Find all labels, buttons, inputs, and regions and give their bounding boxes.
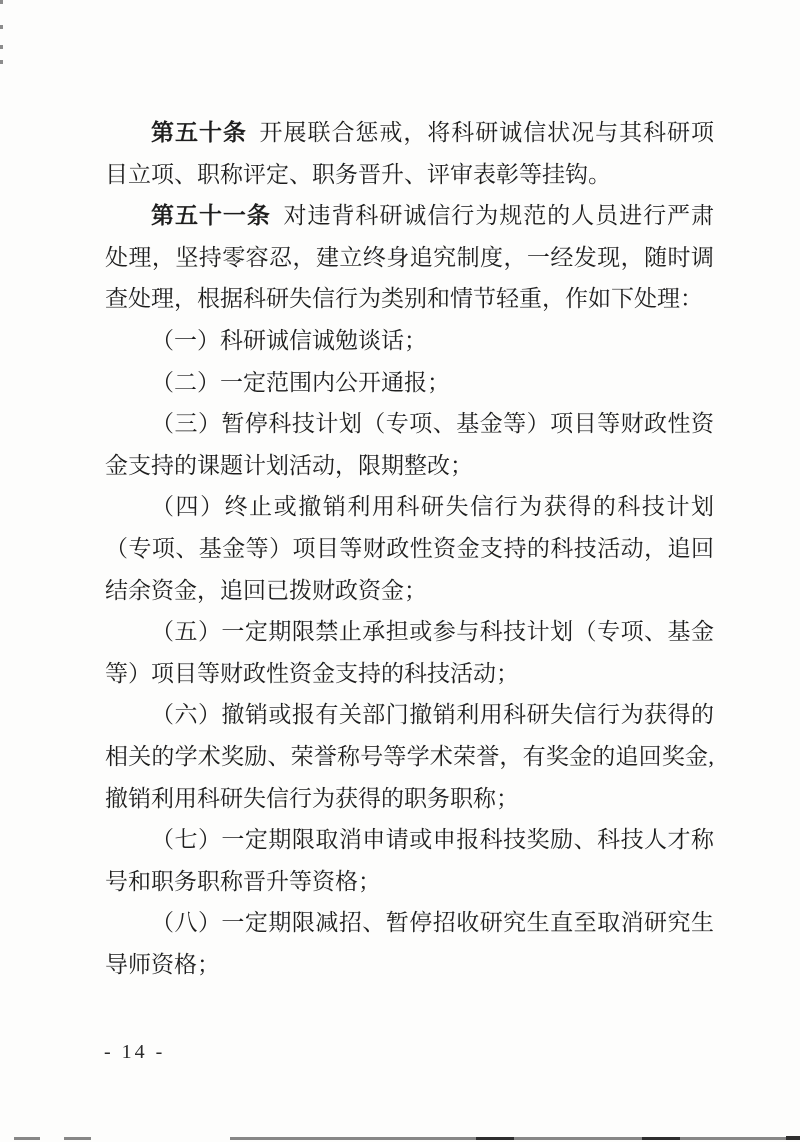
paragraph-text: （七）一定期限取消申请或申报科技奖励、科技人才称号和职务职称晋升等资格； bbox=[105, 827, 714, 894]
paragraph-article-51: 第五十一条对违背科研诚信行为规范的人员进行严肃处理，坚持零容忍，建立终身追究制度… bbox=[105, 195, 714, 320]
list-item-5: （五）一定期限禁止承担或参与科技计划（专项、基金等）项目等财政性资金支持的科技活… bbox=[105, 611, 714, 694]
scan-artifact-tick bbox=[0, 25, 3, 29]
list-item-1: （一）科研诚信诚勉谈话； bbox=[105, 320, 714, 362]
scan-artifact-line bbox=[230, 1137, 800, 1140]
paragraph-article-50: 第五十条开展联合惩戒，将科研诚信状况与其科研项目立项、职称评定、职务晋升、评审表… bbox=[105, 112, 714, 195]
list-item-3: （三）暂停科技计划（专项、基金等）项目等财政性资金支持的课题计划活动，限期整改； bbox=[105, 403, 714, 486]
article-number: 第五十一条 bbox=[151, 203, 271, 228]
scan-artifact-tick bbox=[0, 60, 3, 64]
document-body: 第五十条开展联合惩戒，将科研诚信状况与其科研项目立项、职称评定、职务晋升、评审表… bbox=[105, 112, 714, 985]
paragraph-text: （四）终止或撤销利用科研失信行为获得的科技计划（专项、基金等）项目等财政性资金支… bbox=[105, 494, 714, 602]
paragraph-text: （八）一定期限减招、暂停招收研究生直至取消研究生导师资格； bbox=[105, 910, 714, 977]
list-item-8: （八）一定期限减招、暂停招收研究生直至取消研究生导师资格； bbox=[105, 902, 714, 985]
list-item-6: （六）撤销或报有关部门撤销利用科研失信行为获得的相关的学术奖励、荣誉称号等学术荣… bbox=[105, 694, 714, 819]
paragraph-text: （二）一定范围内公开通报； bbox=[151, 370, 450, 395]
scan-artifact-line bbox=[476, 1137, 514, 1140]
scan-artifact-line bbox=[642, 1137, 680, 1140]
scan-artifact-tick bbox=[0, 45, 3, 49]
paragraph-text: （六）撤销或报有关部门撤销利用科研失信行为获得的相关的学术奖励、荣誉称号等学术荣… bbox=[105, 702, 714, 810]
article-number: 第五十条 bbox=[151, 120, 247, 145]
list-item-4: （四）终止或撤销利用科研失信行为获得的科技计划（专项、基金等）项目等财政性资金支… bbox=[105, 486, 714, 611]
paragraph-text: （五）一定期限禁止承担或参与科技计划（专项、基金等）项目等财政性资金支持的科技活… bbox=[105, 619, 714, 686]
document-page: 第五十条开展联合惩戒，将科研诚信状况与其科研项目立项、职称评定、职务晋升、评审表… bbox=[0, 0, 800, 1142]
scan-artifact-tick bbox=[0, 0, 3, 4]
paragraph-text: （三）暂停科技计划（专项、基金等）项目等财政性资金支持的课题计划活动，限期整改； bbox=[105, 411, 714, 478]
page-number: - 14 - bbox=[104, 1041, 165, 1064]
list-item-7: （七）一定期限取消申请或申报科技奖励、科技人才称号和职务职称晋升等资格； bbox=[105, 819, 714, 902]
list-item-2: （二）一定范围内公开通报； bbox=[105, 362, 714, 404]
paragraph-text: （一）科研诚信诚勉谈话； bbox=[151, 328, 427, 353]
scan-artifact-line bbox=[14, 1137, 40, 1140]
scan-artifact-line bbox=[786, 1136, 800, 1140]
scan-artifact-line bbox=[64, 1137, 91, 1140]
